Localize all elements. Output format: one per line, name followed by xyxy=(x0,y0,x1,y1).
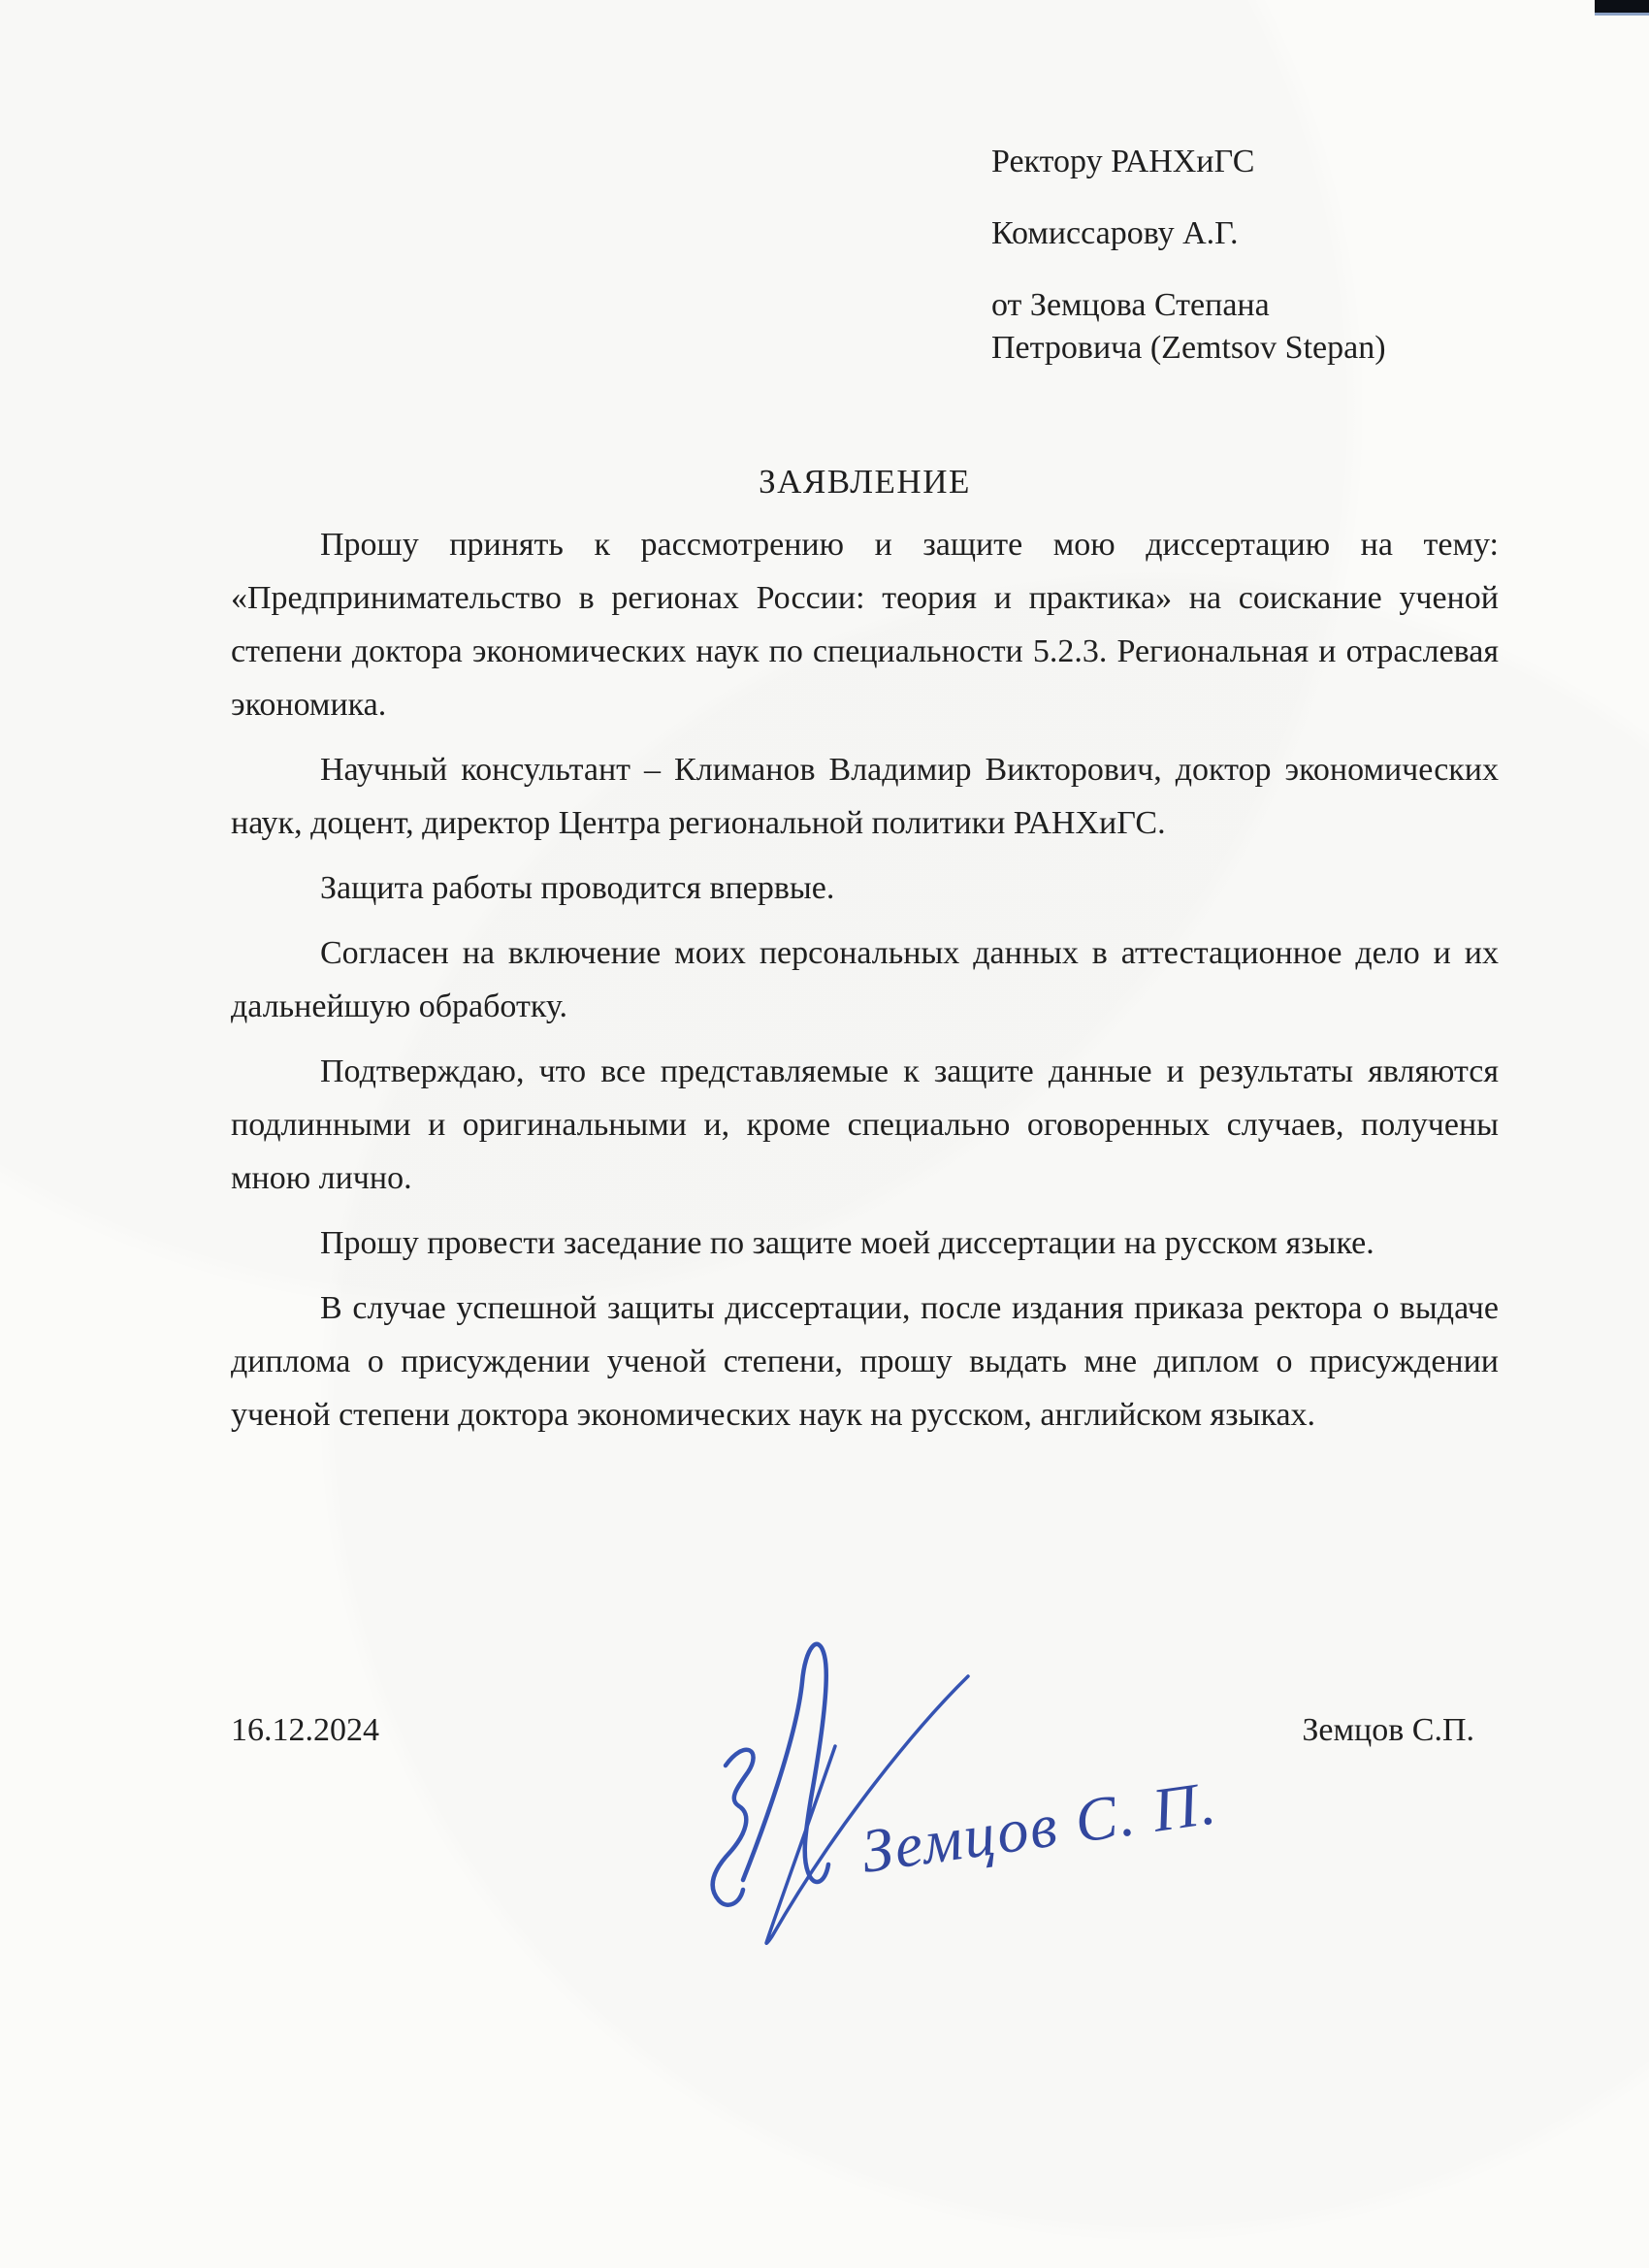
paragraph: Согласен на включение моих персональных … xyxy=(231,926,1499,1033)
signature-flourish-loop xyxy=(743,1644,828,1882)
recipient-block: Ректору РАНХиГС Комиссарову А.Г. от Земц… xyxy=(991,141,1463,370)
signature-script-text: Земцов С. П. xyxy=(857,1767,1221,1886)
paragraph: Прошу принять к рассмотрению и защите мо… xyxy=(231,518,1499,731)
scanned-application-letter: Ректору РАНХиГС Комиссарову А.Г. от Земц… xyxy=(0,0,1649,2268)
signatory-name: Земцов С.П. xyxy=(1302,1709,1474,1752)
paragraph: Прошу провести заседание по защите моей … xyxy=(231,1216,1499,1270)
document-title: ЗАЯВЛЕНИЕ xyxy=(231,463,1499,502)
paragraph: Научный консультант – Климанов Владимир … xyxy=(231,743,1499,850)
sender-line-1: от Земцова Степана xyxy=(991,284,1463,327)
signature-flourish-z xyxy=(713,1750,754,1905)
paragraph: В случае успешной защиты диссертации, по… xyxy=(231,1281,1499,1442)
sender-block: от Земцова Степана Петровича (Zemtsov St… xyxy=(991,284,1463,370)
paragraph: Защита работы проводится впервые. xyxy=(231,861,1499,915)
body-paragraphs: Прошу принять к рассмотрению и защите мо… xyxy=(231,518,1499,1453)
sender-line-2: Петровича (Zemtsov Stepan) xyxy=(991,327,1463,370)
recipient-line-rector: Ректору РАНХиГС xyxy=(991,141,1463,183)
scan-corner-artifact xyxy=(1595,0,1649,16)
date-text: 16.12.2024 xyxy=(231,1709,379,1752)
recipient-line-name: Комиссарову А.Г. xyxy=(991,212,1463,255)
handwritten-signature: Земцов С. П. xyxy=(582,1579,1261,1967)
paragraph: Подтверждаю, что все представляемые к за… xyxy=(231,1045,1499,1205)
